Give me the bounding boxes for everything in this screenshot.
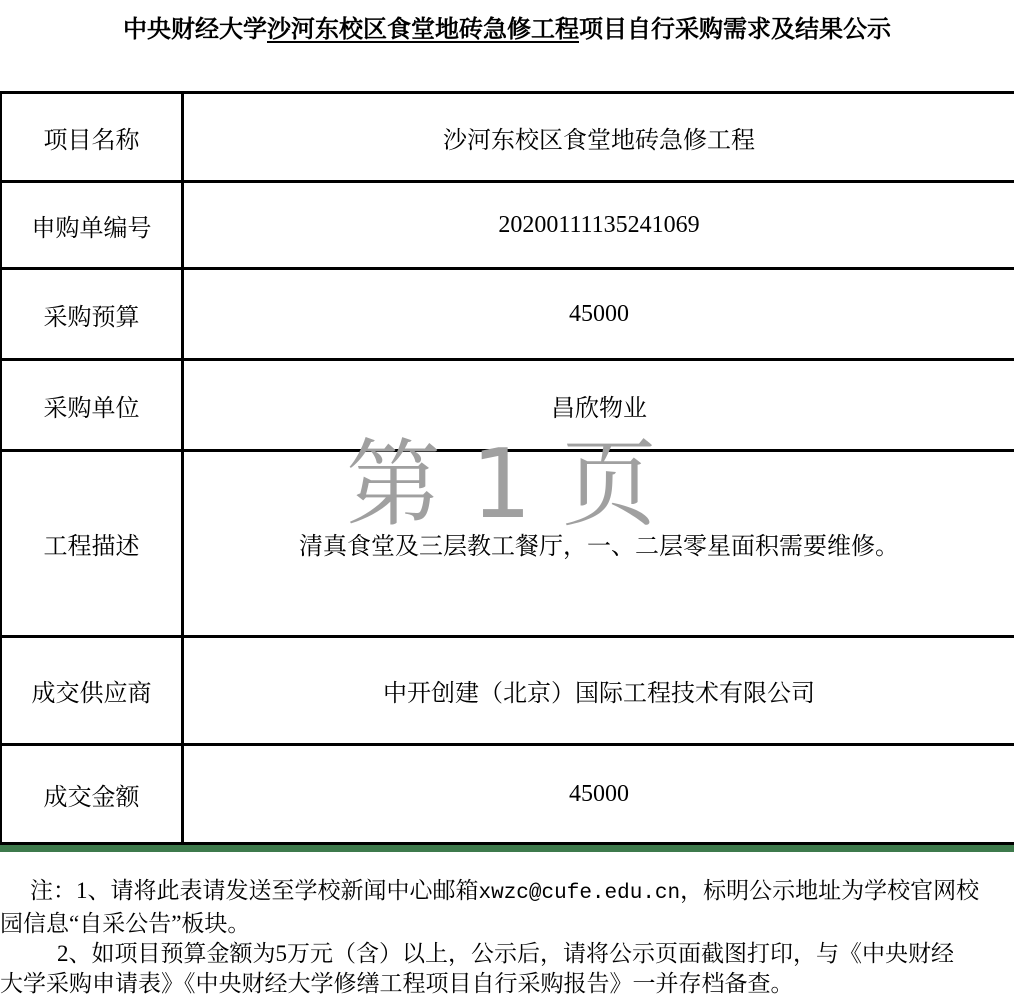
table-row-procurement-budget: 采购预算 45000 <box>2 270 1014 361</box>
table-row-project-name: 项目名称 沙河东校区食堂地砖急修工程 <box>2 94 1014 183</box>
row-label: 采购单位 <box>2 361 184 449</box>
title-prefix: 中央财经大学 <box>123 17 267 43</box>
email-address: xwzc@cufe.edu.cn <box>479 882 681 905</box>
row-label: 采购预算 <box>2 270 184 358</box>
document-page: 中央财经大学沙河东校区食堂地砖急修工程项目自行采购需求及结果公示 项目名称 沙河… <box>0 0 1014 996</box>
procurement-info-table: 项目名称 沙河东校区食堂地砖急修工程 申购单编号 202001111352410… <box>0 91 1014 845</box>
note-line-3: 2、如项目预算金额为5万元（含）以上，公示后，请将公示页面截图打印，与《中央财经 <box>0 939 1014 969</box>
value-text: 昌欣物业 <box>551 388 647 423</box>
title-suffix: 项目自行采购需求及结果公示 <box>579 17 891 43</box>
value-text: 20200111135241069 <box>498 212 699 239</box>
row-value: 20200111135241069 <box>184 183 1014 267</box>
value-text: 45000 <box>569 301 629 328</box>
row-label: 成交供应商 <box>2 638 184 743</box>
table-row-procurement-unit: 采购单位 昌欣物业 <box>2 361 1014 452</box>
label-text: 成交供应商 <box>32 673 152 708</box>
note1-suffix: ，标明公示地址为学校官网校 <box>680 878 979 903</box>
value-text: 45000 <box>569 781 629 808</box>
label-text: 项目名称 <box>44 120 140 155</box>
note-line-2: 园信息“自采公告”板块。 <box>0 909 1014 939</box>
table-row-purchase-order-number: 申购单编号 20200111135241069 <box>2 183 1014 270</box>
table-row-transaction-amount: 成交金额 45000 <box>2 746 1014 845</box>
table-row-project-description: 工程描述 清真食堂及三层教工餐厅，一、二层零星面积需要维修。 <box>2 452 1014 638</box>
label-text: 工程描述 <box>44 526 140 561</box>
page-title: 中央财经大学沙河东校区食堂地砖急修工程项目自行采购需求及结果公示 <box>0 0 1014 45</box>
note1-prefix: 注：1、请将此表请发送至学校新闻中心邮箱 <box>30 878 479 903</box>
note-line-4: 大学采购申请表》《中央财经大学修缮工程项目自行采购报告》一并存档备查。 <box>0 969 1014 996</box>
title-underlined-project-name: 沙河东校区食堂地砖急修工程 <box>267 17 579 43</box>
label-text: 成交金额 <box>44 777 140 812</box>
row-label: 项目名称 <box>2 94 184 180</box>
row-label: 申购单编号 <box>2 183 184 267</box>
row-label: 工程描述 <box>2 452 184 635</box>
table-row-winning-supplier: 成交供应商 中开创建（北京）国际工程技术有限公司 <box>2 638 1014 746</box>
row-label: 成交金额 <box>2 746 184 842</box>
row-value: 沙河东校区食堂地砖急修工程 <box>184 94 1014 180</box>
label-text: 采购预算 <box>44 297 140 332</box>
label-text: 申购单编号 <box>32 208 152 243</box>
row-value: 45000 <box>184 270 1014 358</box>
row-value: 中开创建（北京）国际工程技术有限公司 <box>184 638 1014 743</box>
value-text: 清真食堂及三层教工餐厅，一、二层零星面积需要维修。 <box>299 526 899 561</box>
green-divider-bar <box>0 845 1014 852</box>
row-value: 45000 <box>184 746 1014 842</box>
value-text: 沙河东校区食堂地砖急修工程 <box>443 120 755 155</box>
value-text: 中开创建（北京）国际工程技术有限公司 <box>383 673 815 708</box>
row-value: 清真食堂及三层教工餐厅，一、二层零星面积需要维修。 <box>184 452 1014 635</box>
row-value: 昌欣物业 <box>184 361 1014 449</box>
notes-section: 注：1、请将此表请发送至学校新闻中心邮箱xwzc@cufe.edu.cn，标明公… <box>0 876 1014 996</box>
label-text: 采购单位 <box>44 388 140 423</box>
note-line-1: 注：1、请将此表请发送至学校新闻中心邮箱xwzc@cufe.edu.cn，标明公… <box>0 876 1014 909</box>
